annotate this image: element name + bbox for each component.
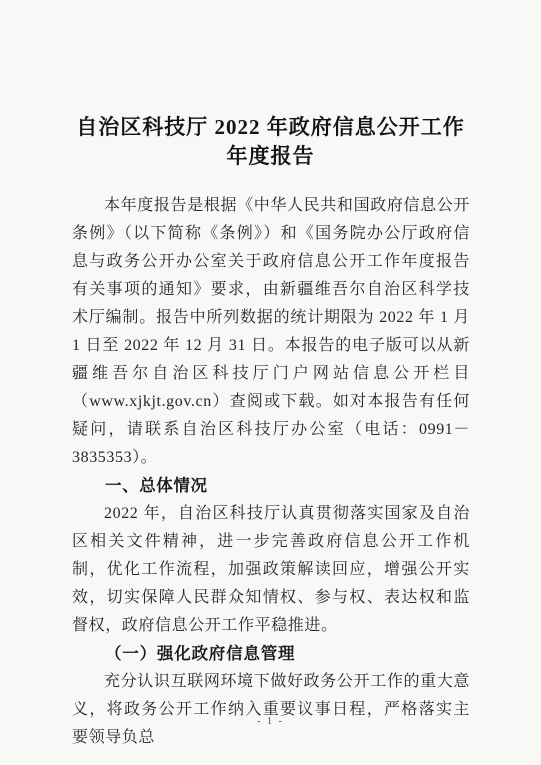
document-title: 自治区科技厅 2022 年政府信息公开工作 年度报告	[36, 113, 505, 171]
document-body: 本年度报告是根据《中华人民共和国政府信息公开条例》（以下简称《条例》）和《国务院…	[72, 192, 470, 752]
page-number: - 1 -	[0, 716, 541, 727]
title-line-1: 自治区科技厅 2022 年政府信息公开工作	[36, 113, 505, 142]
title-line-2: 年度报告	[36, 142, 505, 171]
section-heading-overall-situation: 一、总体情况	[72, 472, 470, 500]
document-page: 自治区科技厅 2022 年政府信息公开工作 年度报告 本年度报告是根据《中华人民…	[0, 0, 541, 765]
paragraph-info-management: 充分认识互联网环境下做好政务公开工作的重大意义，将政务公开工作纳入重要议事日程，…	[72, 668, 470, 752]
subsection-heading-info-management: （一）强化政府信息管理	[72, 640, 470, 668]
paragraph-report-intro: 本年度报告是根据《中华人民共和国政府信息公开条例》（以下简称《条例》）和《国务院…	[72, 192, 470, 472]
paragraph-overall-situation: 2022 年，自治区科技厅认真贯彻落实国家及自治区相关文件精神，进一步完善政府信…	[72, 500, 470, 640]
